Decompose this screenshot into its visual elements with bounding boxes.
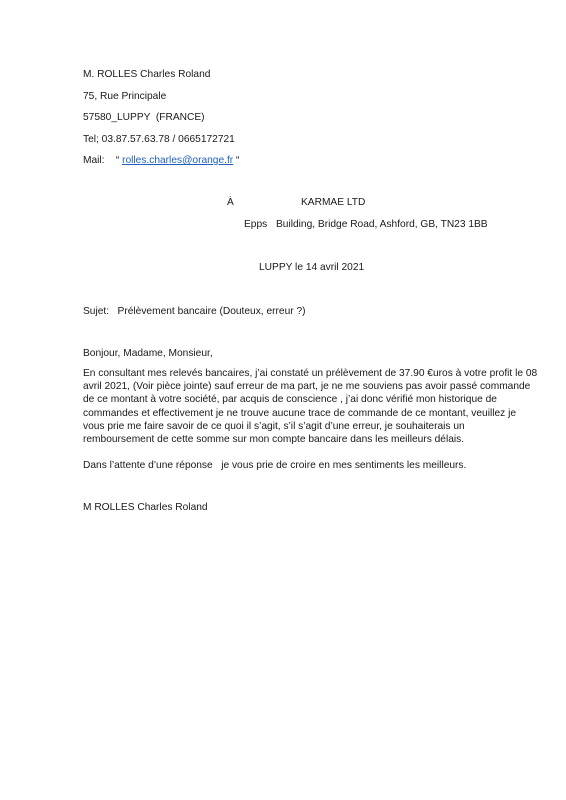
sender-name: M. ROLLES Charles Roland [83, 68, 210, 81]
body-line: de ce montant à votre société, par acqui… [83, 393, 488, 406]
sender-phone: Tel; 03.87.57.63.78 / 0665172721 [83, 133, 235, 146]
recipient-address-part1: Epps [244, 218, 267, 231]
recipient-company: KARMAE LTD [301, 196, 365, 209]
body-line: avril 2021, (Voir pièce jointe) sauf err… [83, 380, 488, 393]
body-line: En consultant mes relevés bancaires, j’a… [83, 367, 488, 380]
email-link[interactable]: rolles.charles@orange.fr [122, 155, 233, 166]
mail-label: Mail: “ [83, 155, 122, 166]
body-line: remboursement de cette somme sur mon com… [83, 433, 488, 446]
signature: M ROLLES Charles Roland [83, 501, 208, 514]
sender-street: 75, Rue Principale [83, 90, 166, 103]
date-line: LUPPY le 14 avril 2021 [259, 261, 364, 274]
recipient-prefix: À [227, 196, 234, 209]
closing-line: Dans l’attente d’une réponse je vous pri… [83, 459, 466, 472]
body-paragraph: En consultant mes relevés bancaires, j’a… [83, 367, 488, 446]
recipient-address-part2: Building, Bridge Road, Ashford, GB, TN23… [276, 218, 488, 231]
body-line: commandes et effectivement je ne trouve … [83, 407, 488, 420]
subject-line: Sujet: Prélèvement bancaire (Douteux, er… [83, 305, 306, 318]
greeting: Bonjour, Madame, Monsieur, [83, 347, 213, 360]
sender-mail-line: Mail: “ rolles.charles@orange.fr “ [83, 154, 239, 167]
body-line: vous prie me faire savoir de ce quoi il … [83, 420, 488, 433]
mail-suffix: “ [233, 155, 239, 166]
sender-city: 57580_LUPPY (FRANCE) [83, 111, 205, 124]
